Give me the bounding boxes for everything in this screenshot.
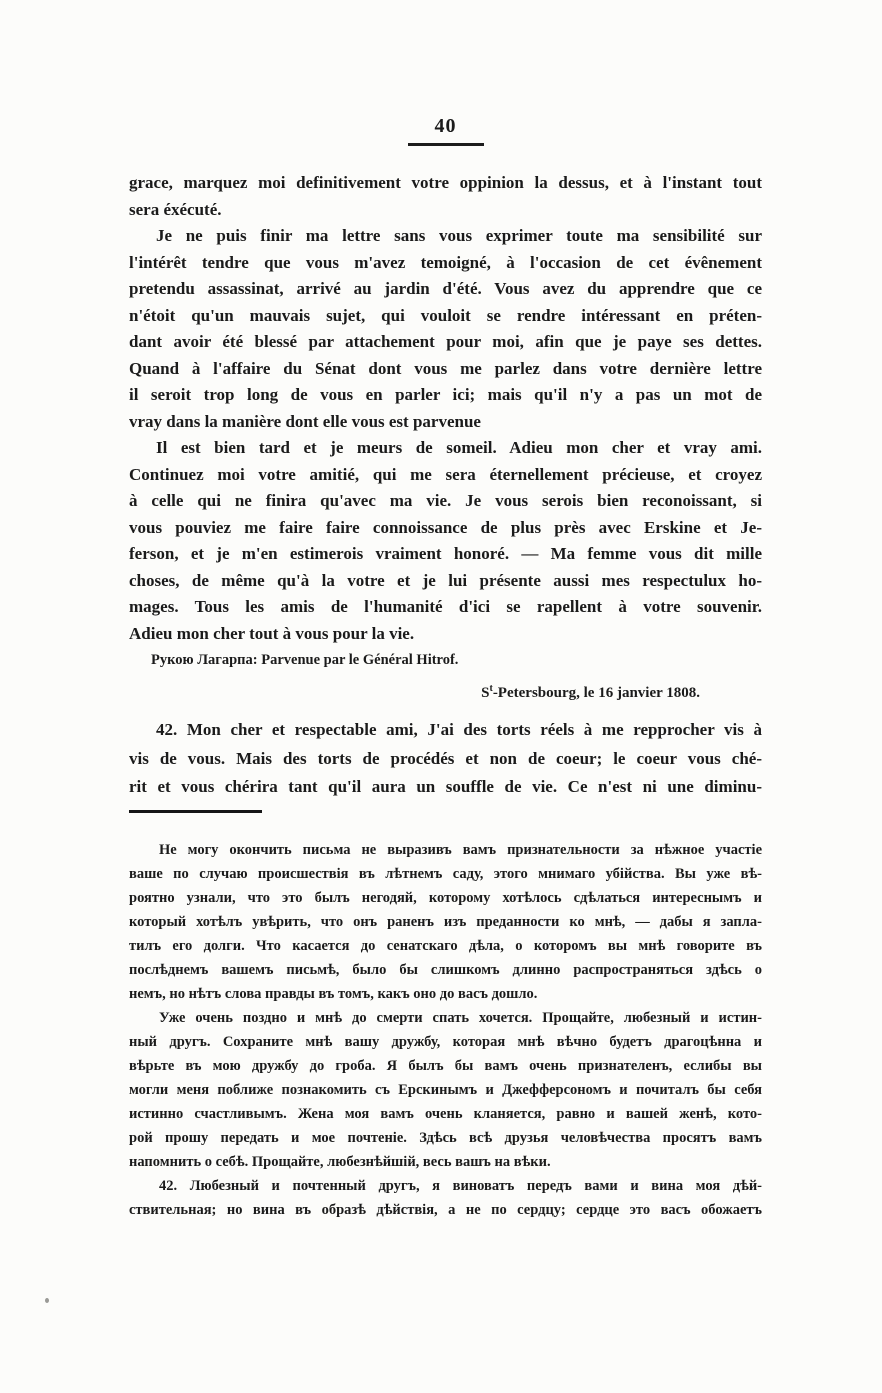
text-line: Je ne puis finir ma lettre sans vous exp… [129,223,762,250]
text-line: rit et vous chérira tant qu'il aura un s… [129,773,762,802]
scribe-annotation: Рукою Лагарпа: Parvenue par le Général H… [129,652,762,669]
letter-42-opening: 42. Mon cher et respectable ami, J'ai de… [129,716,762,802]
book-page: 40 grace, marquez moi definitivement vot… [129,115,762,1315]
page-header: 40 [129,115,762,146]
text-line: il seroit trop long de vous en parler ic… [129,382,762,409]
scan-speck [45,1298,49,1303]
text-line: могли меня поближе познакомить съ Ерскин… [129,1078,762,1102]
footnote-paragraph: 42. Любезный и почтенный другъ, я винова… [129,1174,762,1222]
text-line: Continuez moi votre amitié, qui me sera … [129,462,762,489]
text-line: l'intérêt tendre que vous m'avez temoign… [129,250,762,277]
text-line: dant avoir été blessé par attachement po… [129,329,762,356]
text-line: mages. Tous les amis de l'humanité d'ici… [129,594,762,621]
text-line: ствительная; но вина въ образѣ дѣйствія,… [129,1198,762,1222]
footnote-paragraph: Не могу окончить письма не выразивъ вамъ… [129,838,762,1006]
paragraph-continuation: grace, marquez moi definitivement votre … [129,170,762,223]
page-number: 40 [408,115,484,146]
text-line: ferson, et je m'en estimerois vraiment h… [129,541,762,568]
text-line: истинно счастливымъ. Жена моя вамъ очень… [129,1102,762,1126]
french-letter-body: grace, marquez moi definitivement votre … [129,170,762,647]
text-line: pretendu assassinat, arrivé au jardin d'… [129,276,762,303]
text-line: Не могу окончить письма не выразивъ вамъ… [129,838,762,862]
dateline: St-Petersbourg, le 16 janvier 1808. [129,685,762,702]
text-line: ный другъ. Сохраните мнѣ вашу дружбу, ко… [129,1030,762,1054]
text-line: рой прошу передать и мое почтеніе. Здѣсь… [129,1126,762,1150]
dateline-rest: -Petersbourg, le 16 janvier 1808. [493,685,700,701]
text-line: à celle qui ne finira qu'avec ma vie. Je… [129,488,762,515]
paragraph: Je ne puis finir ma lettre sans vous exp… [129,223,762,435]
footnote-paragraph: Уже очень поздно и мнѣ до смерти спать х… [129,1006,762,1174]
text-line: Уже очень поздно и мнѣ до смерти спать х… [129,1006,762,1030]
text-line: vray dans la manière dont elle vous est … [129,409,762,436]
text-line: вѣрьте въ мою дружбу до гроба. Я былъ бы… [129,1054,762,1078]
text-line: Quand à l'affaire du Sénat dont vous me … [129,356,762,383]
text-line: vis de vous. Mais des torts de procédés … [129,745,762,774]
text-line: ваше по случаю происшествія въ лѣтнемъ с… [129,862,762,886]
text-line: Adieu mon cher tout à vous pour la vie. [129,621,762,648]
text-line: grace, marquez moi definitivement votre … [129,170,762,197]
text-line: 42. Mon cher et respectable ami, J'ai de… [129,716,762,745]
text-line: n'étoit qu'un mauvais sujet, qui vouloit… [129,303,762,330]
text-line: напомнить о себѣ. Прощайте, любезнѣйшій,… [129,1150,762,1174]
text-line: sera éxécuté. [129,197,762,224]
text-line: который хотѣлъ увѣрить, что онъ раненъ и… [129,910,762,934]
text-line: choses, de même qu'à la votre et je lui … [129,568,762,595]
text-line: тилъ его долги. Что касается до сенатска… [129,934,762,958]
text-line: немъ, но нѣтъ слова правды въ томъ, какъ… [129,982,762,1006]
text-line: Il est bien tard et je meurs de someil. … [129,435,762,462]
paragraph: Il est bien tard et je meurs de someil. … [129,435,762,647]
text-line: послѣднемъ вашемъ письмѣ, было бы слишко… [129,958,762,982]
footnote-russian-translation: Не могу окончить письма не выразивъ вамъ… [129,838,762,1222]
text-line: 42. Любезный и почтенный другъ, я винова… [129,1174,762,1198]
text-line: роятно узнали, что это былъ негодяй, кот… [129,886,762,910]
footnote-separator-rule [129,810,262,813]
text-line: vous pouviez me faire faire connoissance… [129,515,762,542]
